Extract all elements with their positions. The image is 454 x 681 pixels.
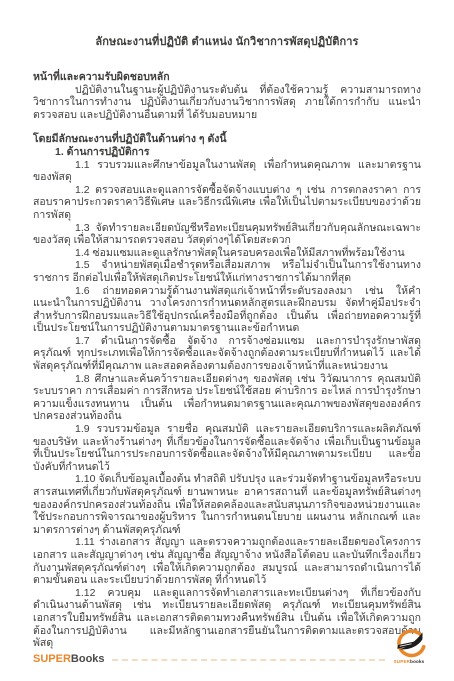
footer-divider xyxy=(112,659,385,661)
job-item-1.6: 1.6 ถ่ายทอดความรู้ด้านงานพัสดุแก่เจ้าหน้… xyxy=(33,285,421,335)
page-title: ลักษณะงานที่ปฏิบัติ ตำแหน่ง นักวิชาการพั… xyxy=(33,32,421,50)
logo-label-books: books xyxy=(410,659,424,664)
superbooks-logo-icon xyxy=(392,629,426,661)
superbooks-logo: SUPERbooks xyxy=(390,629,428,664)
characteristics-heading: โดยมีลักษณะงานที่ปฏิบัติในด้านต่าง ๆ ดัง… xyxy=(33,133,421,146)
page-footer: SUPERBooks SUPERbooks xyxy=(33,654,428,665)
document-page: ลักษณะงานที่ปฏิบัติ ตำแหน่ง นักวิชาการพั… xyxy=(0,0,454,681)
job-item-1.12: 1.12 ควบคุม และดูแลการจัดทำเอกสารและทะเบ… xyxy=(33,587,421,650)
job-item-1.1: 1.1 รวบรวมและศึกษาข้อมูลในงานพัสดุ เพื่อ… xyxy=(33,159,421,184)
footer-brand-super: SUPER xyxy=(33,653,71,665)
superbooks-logo-label: SUPERbooks xyxy=(394,659,425,664)
operations-heading: 1. ด้านการปฏิบัติการ xyxy=(55,146,421,159)
job-item-1.4: 1.4 ซ่อมแซมและดูแลรักษาพัสดุในครอบครองเพ… xyxy=(33,247,421,260)
job-item-1.8: 1.8 ศึกษาและค้นคว้ารายละเอียดต่างๆ ของพั… xyxy=(33,373,421,423)
job-item-1.5: 1.5 จำหน่ายพัสดุเมื่อชำรุดหรือเสื่อมสภาพ… xyxy=(33,259,421,284)
job-item-1.10: 1.10 จัดเก็บข้อมูลเบื้องต้น ทำสถิติ ปรับ… xyxy=(33,473,421,536)
duty-paragraph: ปฏิบัติงานในฐานะผู้ปฏิบัติงานระดับต้น ที… xyxy=(33,84,421,122)
job-item-1.3: 1.3 จัดทำรายละเอียดบัญชีหรือทะเบียนคุมทร… xyxy=(33,222,421,247)
duty-heading: หน้าที่และความรับผิดชอบหลัก xyxy=(33,71,421,84)
footer-brand-books: Books xyxy=(71,653,105,665)
job-item-1.7: 1.7 ดำเนินการจัดซื้อ จัดจ้าง การจ้างซ่อม… xyxy=(33,335,421,373)
job-item-1.9: 1.9 รวบรวมข้อมูล รายชื่อ คุณสมบัติ และรา… xyxy=(33,423,421,473)
logo-label-super: SUPER xyxy=(394,659,411,664)
spacer xyxy=(33,121,421,133)
job-item-1.2: 1.2 ตรวจสอบและดูแลการจัดซื้อจัดจ้างแบบต่… xyxy=(33,184,421,222)
job-items-list: 1.1 รวบรวมและศึกษาข้อมูลในงานพัสดุ เพื่อ… xyxy=(33,159,421,650)
footer-brand: SUPERBooks xyxy=(33,654,105,665)
job-item-1.11: 1.11 ร่างเอกสาร สัญญา และตรวจความถูกต้อง… xyxy=(33,536,421,586)
